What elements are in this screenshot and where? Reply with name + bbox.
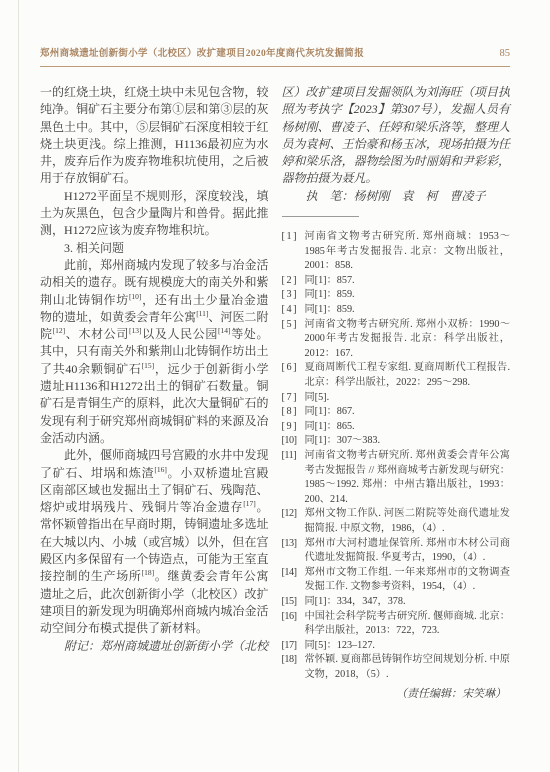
paragraph-text: 、木材公司 (65, 327, 129, 341)
page-edge-line (18, 0, 19, 772)
reference-label: [10] (282, 434, 297, 449)
editor-note: （责任编辑：宋笑琳） (282, 685, 511, 701)
reference-item: [ 2 ]同[1]：857. (282, 274, 511, 289)
reference-item: [15]同[1]：334，347，378. (282, 595, 511, 610)
postscript-continuation: 区）改扩建项目发掘领队为刘海旺（项目执照为考执字【2023】第307号），发掘人… (282, 84, 511, 205)
reference-text: 同[1]：859. (305, 304, 355, 315)
reference-label: [ 8 ] (282, 405, 296, 420)
reference-label: [ 6 ] (282, 361, 296, 376)
reference-separator (282, 216, 359, 217)
reference-item: [ 5 ]河南省文物考古研究所. 郑州小双桥：1990～2000年考古发掘报告.… (282, 318, 511, 362)
reference-label: [11] (282, 449, 297, 464)
citation-superscript: [13] (129, 326, 142, 335)
page-number: 85 (500, 48, 511, 59)
reference-item: [18]常怀颖. 夏商都邑铸铜作坊空间规划分析. 中原文物，2018，（5）. (282, 653, 511, 682)
reference-item: [11]河南省文物考古研究所. 郑州黄委会青年公寓考古发掘报告 // 郑州商城考… (282, 449, 511, 507)
paragraph: 执 笔：杨树刚 袁 柯 曹凌子 (282, 188, 511, 205)
reference-item: [ 3 ]同[1]：859. (282, 288, 511, 303)
reference-item: [ 1 ]河南省文物考古研究所. 郑州商城：1953～1985年考古发掘报告. … (282, 230, 511, 274)
paragraph: 区）改扩建项目发掘领队为刘海旺（项目执照为考执字【2023】第307号），发掘人… (282, 84, 511, 188)
paragraph: 此前，郑州商城内发现了较多与冶金活动相关的遗存。既有规模庞大的南关外和紫荆山北铸… (40, 257, 269, 447)
citation-superscript: [15] (142, 361, 155, 370)
citation-superscript: [10] (129, 292, 142, 301)
two-column-body: 一的红烧土块，红烧土块中未见包含物，较纯净。铜矿石主要分布第①层和第③层的灰黑色… (40, 84, 510, 701)
reference-text: 同[1]：307～383. (305, 435, 381, 446)
running-title: 郑州商城遗址创新街小学（北校区）改扩建项目2020年度商代灰坑发掘简报 (40, 45, 364, 59)
page-header: 郑州商城遗址创新街小学（北校区）改扩建项目2020年度商代灰坑发掘简报 85 (40, 0, 510, 67)
reference-label: [12] (282, 507, 297, 522)
reference-label: [13] (282, 537, 297, 552)
citation-superscript: [18] (142, 568, 155, 577)
reference-item: [14]郑州市文物工作组. 一年来郑州市的文物调查发掘工作. 文物参考资料，19… (282, 566, 511, 595)
reference-text: 郑州市文物工作组. 一年来郑州市的文物调查发掘工作. 文物参考资料，1954，（… (305, 567, 511, 593)
paragraph-text: 一的红烧土块，红烧土块中未见包含物，较纯净。铜矿石主要分布第①层和第③层的灰黑色… (40, 85, 269, 185)
citation-superscript: [12] (53, 326, 66, 335)
reference-text: 河南省文物考古研究所. 郑州黄委会青年公寓考古发掘报告 // 郑州商城考古新发现… (305, 450, 511, 505)
citation-superscript: [17] (243, 499, 256, 508)
reference-label: [18] (282, 653, 297, 668)
reference-text: 同[1]：857. (305, 275, 355, 286)
paragraph: 此外，偃师商城四号宫殿的水井中发现了矿石、坩埚和炼渣[16]。小双桥遗址宫殿区南… (40, 447, 269, 637)
reference-item: [ 6 ]夏商周断代工程专家组. 夏商周断代工程报告. 北京：科学出版社，202… (282, 361, 511, 390)
reference-text: 同[1]：859. (305, 289, 355, 300)
reference-label: [ 5 ] (282, 318, 296, 333)
reference-label: [14] (282, 566, 297, 581)
citation-superscript: [16] (154, 465, 167, 474)
reference-text: 中国社会科学院考古研究所. 偃师商城. 北京：科学出版社，2013：722，72… (305, 611, 511, 637)
reference-text: 同[1]：867. (305, 406, 355, 417)
reference-item: [10]同[1]：307～383. (282, 434, 511, 449)
reference-item: [13]郑州市大河村遗址保管所. 郑州市木材公司商代遗址发掘简报. 华夏考古，1… (282, 537, 511, 566)
reference-label: [ 4 ] (282, 303, 296, 318)
paragraph: 附记：郑州商城遗址创新街小学（北校 (40, 638, 269, 655)
reference-item: [ 9 ]同[1]：865. (282, 420, 511, 435)
paragraph: 一的红烧土块，红烧土块中未见包含物，较纯净。铜矿石主要分布第①层和第③层的灰黑色… (40, 84, 269, 188)
paragraph-text: 附记：郑州商城遗址创新街小学（北校 (64, 639, 268, 653)
paragraph-text: 3. 相关问题 (64, 241, 124, 255)
reference-text: 同[5]. (305, 392, 330, 403)
paragraph-text: 区）改扩建项目发掘领队为刘海旺（项目执照为考执字【2023】第307号），发掘人… (282, 85, 511, 185)
paragraph: 3. 相关问题 (40, 240, 269, 257)
reference-text: 郑州文物工作队. 河医二附院等处商代遗址发掘简报. 中原文物，1986，（4）. (305, 508, 511, 534)
reference-label: [ 1 ] (282, 230, 296, 245)
right-column: 区）改扩建项目发掘领队为刘海旺（项目执照为考执字【2023】第307号），发掘人… (282, 84, 511, 701)
reference-item: [17]同[5]：123–127. (282, 639, 511, 654)
reference-list: [ 1 ]河南省文物考古研究所. 郑州商城：1953～1985年考古发掘报告. … (282, 230, 511, 682)
reference-item: [ 8 ]同[1]：867. (282, 405, 511, 420)
reference-label: [ 3 ] (282, 288, 296, 303)
paragraph: H1272平面呈不规则形，深度较浅，填土为灰黑色，包含少量陶片和兽骨。据此推测，… (40, 188, 269, 240)
reference-text: 同[5]：123–127. (305, 640, 375, 651)
reference-text: 河南省文物考古研究所. 郑州小双桥：1990～2000年考古发掘报告. 北京：科… (305, 319, 511, 359)
reference-label: [ 2 ] (282, 274, 296, 289)
citation-superscript: [11] (196, 309, 208, 318)
reference-text: 夏商周断代工程专家组. 夏商周断代工程报告. 北京：科学出版社，2022：295… (305, 362, 511, 388)
reference-label: [ 7 ] (282, 391, 296, 406)
reference-label: [17] (282, 639, 297, 654)
reference-text: 同[1]：334，347，378. (305, 596, 406, 607)
reference-label: [ 9 ] (282, 420, 296, 435)
left-column: 一的红烧土块，红烧土块中未见包含物，较纯净。铜矿石主要分布第①层和第③层的灰黑色… (40, 84, 269, 701)
reference-text: 郑州市大河村遗址保管所. 郑州市木材公司商代遗址发掘简报. 华夏考古，1990，… (305, 538, 511, 564)
reference-label: [16] (282, 610, 297, 625)
paragraph-text: 执 笔：杨树刚 袁 柯 曹凌子 (306, 189, 486, 203)
paper-page: 郑州商城遗址创新街小学（北校区）改扩建项目2020年度商代灰坑发掘简报 85 一… (0, 0, 550, 772)
citation-superscript: [14] (218, 326, 231, 335)
reference-item: [12]郑州文物工作队. 河医二附院等处商代遗址发掘简报. 中原文物，1986，… (282, 507, 511, 536)
reference-text: 河南省文物考古研究所. 郑州商城：1953～1985年考古发掘报告. 北京：文物… (305, 231, 511, 271)
reference-item: [ 4 ]同[1]：859. (282, 303, 511, 318)
reference-item: [16]中国社会科学院考古研究所. 偃师商城. 北京：科学出版社，2013：72… (282, 610, 511, 639)
reference-text: 常怀颖. 夏商都邑铸铜作坊空间规划分析. 中原文物，2018，（5）. (305, 654, 511, 680)
paragraph-text: 以及人民公园 (142, 327, 219, 341)
paragraph-text: H1272平面呈不规则形，深度较浅，填土为灰黑色，包含少量陶片和兽骨。据此推测，… (40, 189, 269, 238)
reference-item: [ 7 ]同[5]. (282, 391, 511, 406)
reference-text: 同[1]：865. (305, 421, 355, 432)
reference-label: [15] (282, 595, 297, 610)
